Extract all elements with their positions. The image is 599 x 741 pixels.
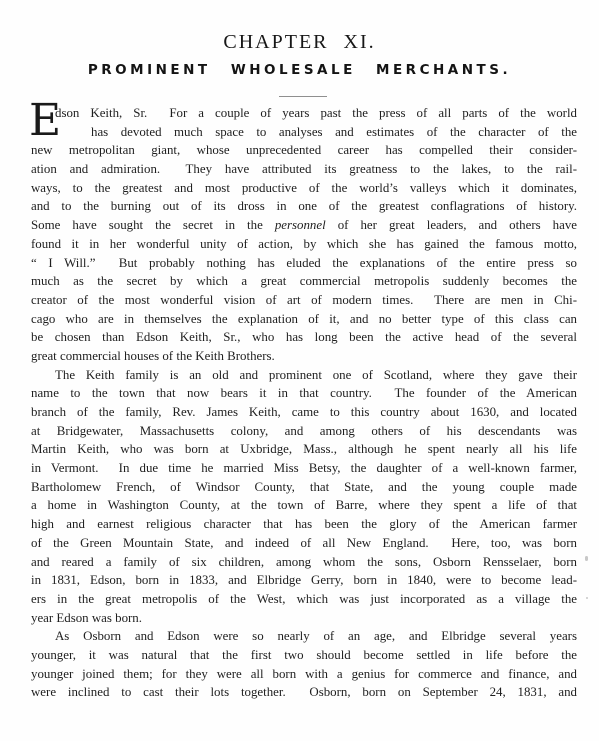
text-line: in 1831, Edson, born in 1833, and Elbrid…: [31, 571, 577, 590]
line-text: and to the burning out of its dross in o…: [31, 199, 577, 213]
line-text: Martin Keith, who was born at Uxbridge, …: [31, 442, 577, 456]
text-line: Some have sought the secret in the perso…: [31, 216, 577, 235]
text-line: branch of the family, Rev. James Keith, …: [31, 403, 577, 422]
line-text: and reared a family of six children, amo…: [31, 555, 577, 569]
text-line: a home in Washington County, at the town…: [31, 496, 577, 515]
line-text: of the Green Mountain State, and indeed …: [31, 536, 577, 550]
line-text: year Edson was born.: [31, 611, 142, 625]
line-text: younger joined them; for they were all b…: [31, 667, 577, 681]
text-line: ways, to the greatest and most productiv…: [31, 179, 577, 198]
text-line: and to the burning out of its dross in o…: [31, 197, 577, 216]
line-text: As Osborn and Edson were so nearly of an…: [55, 629, 577, 643]
paragraph: The Keith family is an old and prominent…: [31, 366, 577, 628]
text-line: of the Green Mountain State, and indeed …: [31, 534, 577, 553]
line-text: much as the secret by which a great comm…: [31, 274, 577, 288]
line-text: of her great leaders, and others have: [326, 218, 577, 232]
paragraph: dson Keith, Sr. For a couple of years pa…: [31, 104, 577, 366]
text-line: at Bridgewater, Massachusetts colony, an…: [31, 422, 577, 441]
text-line: “ I Will.” But probably nothing has elud…: [31, 254, 577, 273]
line-text: in 1831, Edson, born in 1833, and Elbrid…: [31, 573, 577, 587]
text-line: cago who are in themselves the explanati…: [31, 310, 577, 329]
line-text: a home in Washington County, at the town…: [31, 498, 577, 512]
text-line: and reared a family of six children, amo…: [31, 553, 577, 572]
text-line: much as the secret by which a great comm…: [31, 272, 577, 291]
line-text: name to the town that now bears it in th…: [31, 386, 577, 400]
line-text: great commercial houses of the Keith Bro…: [31, 349, 275, 363]
scan-speck: [585, 556, 588, 561]
text-line: year Edson was born.: [31, 609, 577, 628]
scan-speck: [586, 597, 588, 599]
text-line: younger, it was natural that the first t…: [31, 646, 577, 665]
text-line: name to the town that now bears it in th…: [31, 384, 577, 403]
text-line: has devoted much space to analyses and e…: [31, 123, 577, 142]
line-text: ers in the great metropolis of the West,…: [31, 592, 577, 606]
line-text: were inclined to cast their lots togethe…: [31, 685, 577, 699]
text-line: The Keith family is an old and prominent…: [31, 366, 577, 385]
line-text: Bartholomew French, of Windsor County, t…: [31, 480, 577, 494]
line-text: found it in her wonderful unity of actio…: [31, 237, 577, 251]
text-line: dson Keith, Sr. For a couple of years pa…: [31, 104, 577, 123]
line-text: younger, it was natural that the first t…: [31, 648, 577, 662]
ornamental-rule: [279, 96, 327, 97]
line-text: “ I Will.” But probably nothing has elud…: [31, 256, 577, 270]
line-text: cago who are in themselves the explanati…: [31, 312, 577, 326]
body-text: dson Keith, Sr. For a couple of years pa…: [31, 104, 577, 702]
line-text: high and earnest religious character tha…: [31, 517, 577, 531]
text-line: As Osborn and Edson were so nearly of an…: [31, 627, 577, 646]
text-line: Martin Keith, who was born at Uxbridge, …: [31, 440, 577, 459]
line-text: new metropolitan giant, whose unpreceden…: [31, 143, 577, 157]
text-line: creator of the most wonderful vision of …: [31, 291, 577, 310]
text-line: great commercial houses of the Keith Bro…: [31, 347, 577, 366]
text-line: ers in the great metropolis of the West,…: [31, 590, 577, 609]
text-line: were inclined to cast their lots togethe…: [31, 683, 577, 702]
line-text: at Bridgewater, Massachusetts colony, an…: [31, 424, 577, 438]
line-text: has devoted much space to analyses and e…: [91, 125, 577, 139]
text-line: ation and admiration. They have attribut…: [31, 160, 577, 179]
line-text: creator of the most wonderful vision of …: [31, 293, 577, 307]
line-text: branch of the family, Rev. James Keith, …: [31, 405, 577, 419]
text-line: in Vermont. In due time he married Miss …: [31, 459, 577, 478]
text-line: high and earnest religious character tha…: [31, 515, 577, 534]
line-text: Some have sought the secret in the: [31, 218, 275, 232]
line-text: be chosen than Edson Keith, Sr., who has…: [31, 330, 577, 344]
line-text: dson Keith, Sr. For a couple of years pa…: [55, 106, 577, 120]
text-line: new metropolitan giant, whose unpreceden…: [31, 141, 577, 160]
book-page: CHAPTER XI. PROMINENT WHOLESALE MERCHANT…: [0, 0, 599, 741]
line-text: ways, to the greatest and most productiv…: [31, 181, 577, 195]
text-line: Bartholomew French, of Windsor County, t…: [31, 478, 577, 497]
text-line: younger joined them; for they were all b…: [31, 665, 577, 684]
text-line: found it in her wonderful unity of actio…: [31, 235, 577, 254]
line-text: in Vermont. In due time he married Miss …: [31, 461, 577, 475]
chapter-heading: CHAPTER XI.: [0, 31, 599, 54]
line-text: ation and admiration. They have attribut…: [31, 162, 577, 176]
chapter-subtitle: PROMINENT WHOLESALE MERCHANTS.: [0, 62, 599, 78]
italic-text: personnel: [275, 218, 326, 232]
line-text: The Keith family is an old and prominent…: [55, 368, 577, 382]
paragraph: As Osborn and Edson were so nearly of an…: [31, 627, 577, 702]
text-line: be chosen than Edson Keith, Sr., who has…: [31, 328, 577, 347]
